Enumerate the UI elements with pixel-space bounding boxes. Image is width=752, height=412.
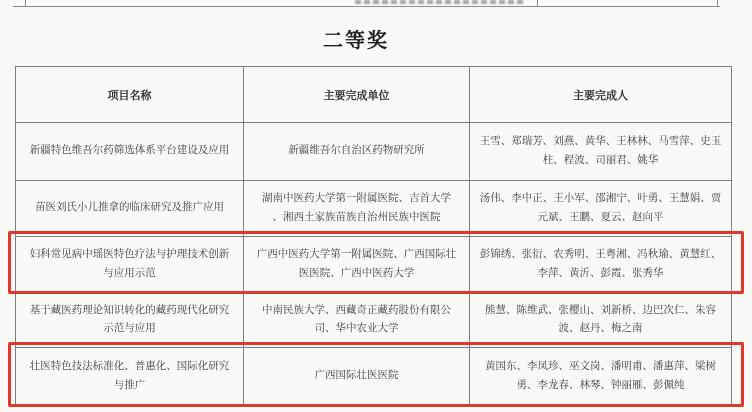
table-border-stub — [25, 0, 26, 6]
cell-project: 新疆特色维吾尔药筛选体系平台建设及应用 — [16, 123, 244, 181]
awards-table: 项目名称 主要完成单位 主要完成人 新疆特色维吾尔药筛选体系平台建设及应用新疆维… — [15, 66, 732, 406]
table-row: 苗医刘氏小儿推拿的临床研究及推广应用湖南中医药大学第一附属医院、吉首大学 、湘西… — [16, 181, 732, 237]
page-title: 二等奖 — [0, 24, 712, 53]
cell-people: 黄国东、李凤珍、巫文岗、潘明甫、潘惠萍、梁树勇、李龙春、林琴、钟丽雁、彭佩纯 — [470, 348, 732, 406]
clipped-table-remnant — [13, 0, 720, 7]
cell-units: 中南民族大学、西藏奇正藏药股份有限公司、华中农业大学 — [244, 293, 470, 348]
document-page: 二等奖 项目名称 主要完成单位 主要完成人 新疆特色维吾尔药筛选体系平台建设及应… — [0, 0, 752, 412]
cell-project: 基于藏医药理论知识转化的藏药现代化研究示范与应用 — [16, 293, 244, 348]
table-row: 新疆特色维吾尔药筛选体系平台建设及应用新疆维吾尔自治区药物研究所王雪、郑瑞芳、刘… — [16, 123, 732, 181]
table-row: 妇科常见病中瑶医特色疗法与护理技术创新与应用示范广西中医药大学第一附属医院、广西… — [16, 237, 732, 293]
cell-units: 广西中医药大学第一附属医院、广西国际壮医医院、广西中医药大学 — [244, 237, 470, 293]
illegible-text-smudge — [355, 0, 523, 4]
table-row: 壮医特色技法标准化、普惠化、国际化研究与推广广西国际壮医医院黄国东、李凤珍、巫文… — [16, 348, 732, 406]
header-row: 项目名称 主要完成单位 主要完成人 — [16, 67, 732, 123]
table-row: 基于藏医药理论知识转化的藏药现代化研究示范与应用中南民族大学、西藏奇正藏药股份有… — [16, 293, 732, 348]
col-header-people: 主要完成人 — [470, 67, 732, 123]
cell-units: 新疆维吾尔自治区药物研究所 — [244, 123, 470, 181]
section-title-wrap: 二等奖 — [0, 24, 712, 53]
cell-people: 熊慧、陈维武、张樱山、刘新桥、边巴次仁、朱容波、赵丹、梅之南 — [470, 293, 732, 348]
table-border-stub — [537, 0, 538, 6]
cell-people: 彭锦绣、张衍、农秀明、王粤湘、冯秋瑜、黄慧红、李萍、黄沂、彭霞、张秀华 — [470, 237, 732, 293]
cell-project: 妇科常见病中瑶医特色疗法与护理技术创新与应用示范 — [16, 237, 244, 293]
cell-people: 王雪、郑瑞芳、刘燕、黄华、王林林、马雪萍、史玉柱、程波、司丽君、姚华 — [470, 123, 732, 181]
cell-project: 壮医特色技法标准化、普惠化、国际化研究与推广 — [16, 348, 244, 406]
cell-units: 湖南中医药大学第一附属医院、吉首大学 、湘西土家族苗族自治州民族中医院 — [244, 181, 470, 237]
col-header-units: 主要完成单位 — [244, 67, 470, 123]
cell-people: 汤伟、李中正、王小军、邵湘宁、叶勇、王慧娟、贾元斌、王鹏、夏云、赵向平 — [470, 181, 732, 237]
table-border-stub — [717, 0, 718, 6]
cell-project: 苗医刘氏小儿推拿的临床研究及推广应用 — [16, 181, 244, 237]
col-header-project: 项目名称 — [16, 67, 244, 123]
cell-units: 广西国际壮医医院 — [244, 348, 470, 406]
